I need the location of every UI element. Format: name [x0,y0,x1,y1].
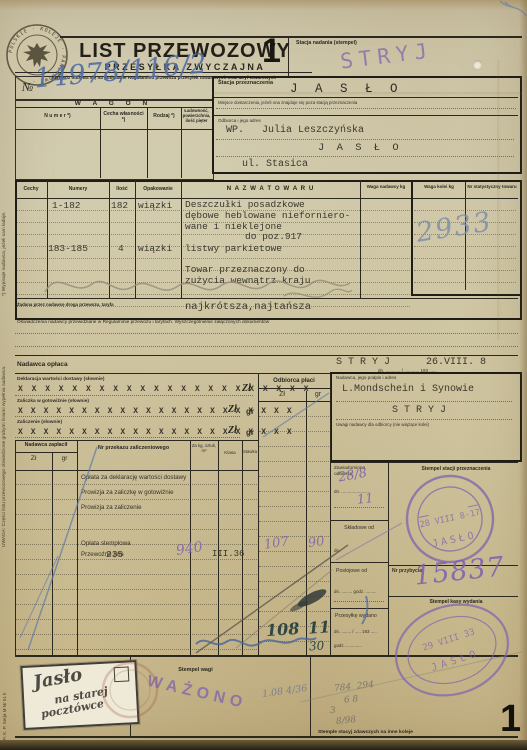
postojowe-label: Postojowe od [336,569,367,575]
line [15,355,518,356]
total-gr: 11 [307,617,331,638]
fee-row1-label: Opłata za deklarację wartości dostawy [81,474,186,481]
stempel-wagi-label: Stempel wagi [158,667,233,673]
sender-label: Nadawca, jego podpis i adres [336,375,396,380]
line [214,97,518,98]
dotted-row [259,492,329,507]
margin-series: P. K. P. Serja M Nr 51 k [2,640,7,740]
line [15,655,518,657]
wydano-label: Przesyłkę wydano [335,614,377,620]
dotted-line [336,419,512,420]
dotted-line [334,601,384,602]
oswiadczenia-label: Oświadczenia nadawcy przewidziane w Regu… [17,320,497,326]
dotted-row [259,402,329,417]
dotted-row [259,582,329,597]
goods-r1-opak: wiązki [138,200,172,211]
goods-col-waga-kolei: Waga kolei kg [413,184,465,189]
decl3-gr: gr [246,428,254,437]
dotted-line [216,139,514,140]
copy-number-bottom: 1 [500,698,521,742]
edge-shade-right [519,0,527,750]
stempel-kasy-label: Stempel kasy wydania [398,600,514,606]
dotted-line [15,416,240,417]
dotted-row [259,432,329,447]
svg-text:JASŁO: JASŁO [431,530,477,550]
dotted-line [216,108,516,109]
odbiorca-placi-label: Odbiorca płaci [258,378,330,385]
route-label: Żądana przez nadawcę droga przewozu, tar… [17,302,182,307]
pencil-calc-line2: 6 8 [344,694,359,705]
sender-name: L.Mondschein i Synowie [342,384,474,395]
pencil-diagonal-bottom [300,652,522,702]
dotted-line [15,346,518,347]
dotted-row [259,552,329,567]
consignee-label: Odbiorca i jego adres [218,118,261,123]
margin-uwaga: UWAGA: Części listu przewozowego obwiedz… [2,292,7,547]
nad-zl-header: Zł [15,455,52,462]
fee-row2-label: Prowizja za zaliczkę w gotowiźnie [81,489,174,496]
decl3-label: Zaliczenie (słownie) [17,420,62,426]
punch-hole [473,60,482,69]
decl1-zl: Zł [242,383,251,395]
collector-stamp: Jasło na starej pocztówce [20,660,139,730]
goods-col-opakowanie: Opakowanie [135,187,181,193]
dotted-line [336,401,512,402]
wydano-dn: dn. ........ / ..... 193 ..... [334,629,377,634]
goods-r1-nazwa4: do poz.917 [245,231,302,242]
sender-city: S T R Y J [392,405,446,416]
dotted-row [259,417,329,432]
dotted-line [15,437,240,438]
consignee-line3: ul. Stasica [242,159,308,170]
line [330,520,388,521]
fold-shadow-v [497,60,501,340]
consignee-line1: WP. Julia Leszczyńska [226,125,364,136]
goods-col-waga-nadawcy: Waga nadawcy kg [361,184,411,189]
line [288,36,289,76]
fee-km-value: 235 [106,549,123,560]
goods-r1-ilosc: 182 [111,200,128,211]
goods-r2-ilosc: 4 [118,243,124,254]
station-date: S T R Y J 26.VIII. 8 [336,357,486,368]
route-value: najkrótsza,najtańsza [185,301,311,313]
margin-footnote: *) Wypisuje nadawca, jeżeli sam ładuje. [2,66,7,296]
dotted-row [16,590,257,605]
line [330,374,331,655]
skladowe-dn: dn. [334,548,340,553]
wydano-godz: godz. ............. [334,643,362,648]
pencil-calc-line1: 784 294 [334,680,375,694]
kasa-oval-stamp: 29 VIII 33 JASŁO [384,591,520,710]
total-sub: 30 [309,638,325,653]
goods-r3-nazwa2: zużycia wewnątrz kraju. [185,275,316,286]
dotted-row [16,530,257,545]
decl2-label: Zaliczka w gotowiźnie (słownie) [17,399,89,405]
skladowe-label: Składowe od [330,526,388,532]
fee-stamp-duty-label: Opłata stemplowa [81,540,131,547]
line [15,107,212,108]
copy-number: 1 [262,32,281,71]
scan-bottom-strip [0,740,527,750]
wazono-stamp: WAŻONO [145,673,248,713]
fee-dotted-rows [16,470,257,650]
goods-r1-numery: 1-182 [52,200,81,211]
dotted-line [216,156,514,157]
nr-przybycia-value: 15837 [413,551,507,591]
total-zl: 108 [265,619,300,640]
line [15,440,258,441]
waybill-number-label: № [22,80,33,95]
nadawca-zaplacil-label: Nadawca zapłacił [15,443,77,449]
goods-col-numery: Numery [47,187,109,193]
waybill-document: *) Wypisuje nadawca, jeżeli sam ładuje. … [0,0,527,750]
wagon-col-cecha: Cecha własności *) [101,112,146,124]
za-kg-label: Za kg, sztuk, m² [190,444,218,454]
goods-col-ilosc: Ilość [109,187,135,193]
decl2-zl: Zł [228,404,237,416]
dotted-row [259,567,329,582]
line [330,608,388,609]
postojowe-dn: dn. ......... godz. ......... [334,589,376,594]
line [330,562,388,563]
pencil-blue-note: 1.08 4/36 [261,683,308,700]
line [288,36,522,38]
dotted-row [259,477,329,492]
goods-r1-nazwa2: dębowe heblowane nieforniero- [185,210,350,221]
line [310,655,311,737]
odb-gr-header: gr [306,391,330,399]
dotted-row [259,462,329,477]
dotted-row [16,620,257,635]
svg-text:28 VIII 8-17: 28 VIII 8-17 [419,508,481,531]
decl2-gr: gr [246,407,254,416]
nad-gr-header: gr [52,455,77,462]
fold-shadow-h [212,92,522,96]
line [258,388,330,389]
dotted-row [16,560,257,575]
line [15,452,77,453]
pencil-calc-line3: 3 [329,706,336,717]
stemple-zdawcze-label: Stemple stacyj zdawczych na inne koleje [318,730,413,736]
decl1-label: Deklaracja wartości dostawy (słownie) [17,377,104,383]
stamp-corner-square [114,666,130,682]
stempel-przeznaczenia-label: Stempel stacji przeznaczenia [395,467,517,473]
dotted-row [16,605,257,620]
delivery-place-label: Miejsce dostarczenia, jeżeli ona znajduj… [218,100,357,105]
goods-r2-nazwa: listwy parkietowe [185,243,282,254]
dotted-row [16,515,257,530]
line [388,462,389,655]
goods-col-nr-stat: Nr statystyczny towaru [466,184,518,189]
line [388,596,518,597]
sender-remarks-label: Uwagi nadawcy dla odbiorcy (nie wiążące … [336,422,429,427]
dotted-row [259,597,329,612]
klasa-label: Klasa [218,450,242,455]
goods-r2-opak: wiązki [138,243,172,254]
nadawca-oplaca-label: Nadawca opłaca [17,361,68,368]
svg-text:29 VIII 33: 29 VIII 33 [422,627,477,653]
goods-r3-nazwa1: Towar przeznaczony do [185,264,305,275]
pencil-calc-line4: 8/98 [336,715,357,727]
decl3-zl: Zł [228,425,237,437]
dotted-line [15,333,518,334]
dotted-row [259,507,329,522]
line [15,129,212,130]
fee-class-value: III.36 [212,549,244,559]
line [214,115,518,116]
destination-label: Stacja przeznaczenia [218,80,273,86]
dotted-row [259,447,329,462]
svg-text:JASŁO: JASŁO [430,648,481,674]
dotted-row [16,575,257,590]
edge-shade-top [0,0,527,10]
zawiadomiono-value2: 11 [356,491,374,508]
goods-r2-numery: 183-185 [48,243,88,254]
goods-r1-nazwa1: Deszczułki posadzkowe [185,199,305,210]
odb-zl-header: Zł [258,391,306,399]
wagon-col-numer: N u m e r *) [15,114,100,120]
goods-col-nazwa: N A Z W A T O W A R U [181,185,360,192]
fee-row3-label: Prowizja za zaliczenie [81,504,142,511]
wagon-col-rodzaj: Rodzaj *) [148,114,180,120]
wagon-col-ladownosc: Ładowność, powierzchnia, ilość pięter [182,109,211,123]
line [15,736,518,738]
stawka-label: Stawka [242,450,258,455]
consignee-line2: J A S Ł O [318,142,402,154]
goods-col-cechy: Cechy [15,187,47,193]
dotted-line [15,395,253,396]
dotted-row [16,635,257,650]
odb-amount-gr: 90 [307,534,325,551]
station-of-dispatch-label: Stacja nadania (stempel) [296,41,357,47]
nr-przekazu-label: Nr przekazu zaliczeniowego [79,445,188,451]
line [330,462,518,463]
